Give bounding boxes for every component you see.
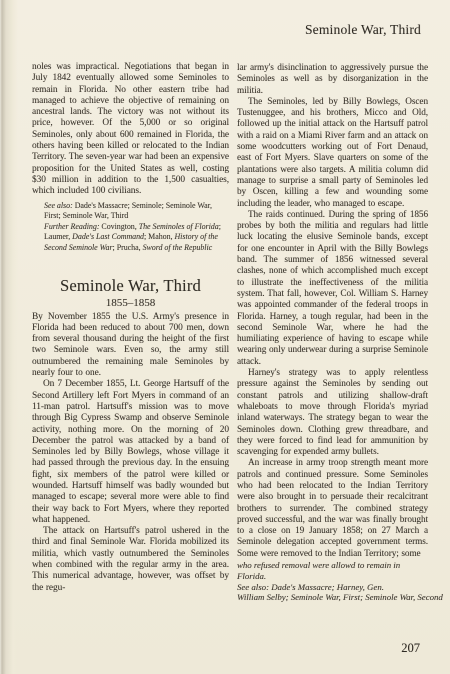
book-page: Seminole War, Third noles was impractica…	[0, 0, 450, 674]
running-header: Seminole War, Third	[305, 22, 421, 38]
entry-dates: 1855–1858	[32, 297, 229, 309]
right-column: lar army's disinclination to aggressivel…	[237, 62, 428, 603]
text-segment: Dade's Last Command	[72, 232, 144, 241]
page-edge-shadow	[0, 0, 18, 674]
text-segment: Covington,	[99, 222, 138, 231]
text-segment: Sword of the Republic	[143, 243, 213, 252]
paragraph: The raids continued. During the spring o…	[237, 209, 428, 367]
paragraph: An increase in army troop strength meant…	[237, 457, 428, 559]
see-also-bottom: See also: Dade's Massacre; Harney, Gen.	[237, 582, 428, 593]
text-segment: Further Reading:	[44, 222, 99, 231]
left-column: noles was impractical. Negotiations that…	[32, 62, 229, 594]
paragraph: By November 1855 the U.S. Army's presenc…	[32, 312, 229, 380]
paragraph-continuation: noles was impractical. Negotiations that…	[32, 62, 229, 198]
text-segment: ; Prucha,	[113, 243, 143, 252]
text-segment: The Seminoles of Florida	[139, 222, 219, 231]
paragraph: Harney's strategy was to apply relentles…	[237, 367, 428, 457]
references-block: See also: Dade's Massacre; Seminole; Sem…	[44, 201, 229, 254]
paragraph-italic-continuation: who refused removal were allowd to remai…	[237, 560, 428, 582]
paragraph: On 7 December 1855, Lt. George Hartsuff …	[32, 379, 229, 526]
text-segment: ; Mahon,	[144, 232, 174, 241]
entry-title: Seminole War, Third	[32, 276, 229, 296]
see-also-bottom-line2: William Selby; Seminole War, First; Semi…	[237, 592, 428, 603]
see-also-reference: See also: Dade's Massacre; Seminole; Sem…	[44, 201, 229, 222]
further-reading-reference: Further Reading: Covington, The Seminole…	[44, 222, 229, 254]
paragraph: The attack on Hartsuff's patrol ushered …	[32, 526, 229, 594]
page-number: 207	[401, 641, 420, 656]
text-segment: See also:	[44, 201, 73, 210]
paragraph: The Seminoles, led by Billy Bowlegs, Osc…	[237, 96, 428, 209]
paragraph: lar army's disinclination to aggressivel…	[237, 62, 428, 96]
